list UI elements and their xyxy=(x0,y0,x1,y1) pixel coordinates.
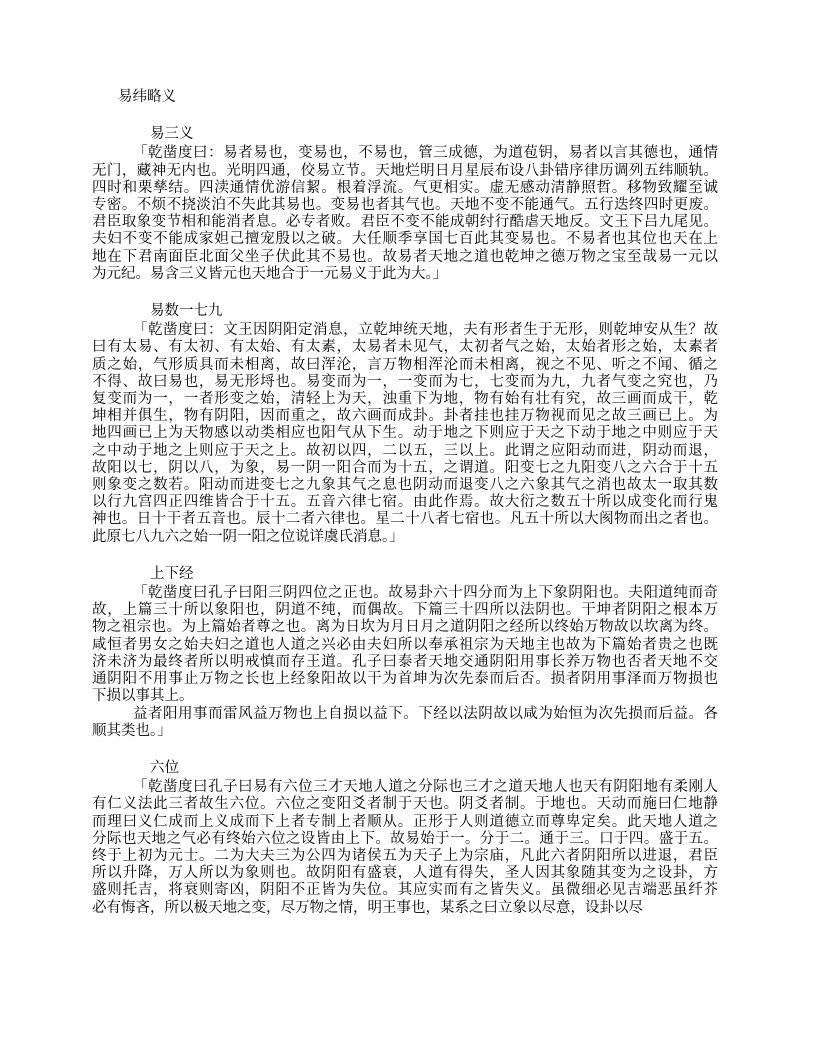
text-line: 复变而为一，一者形变之始，清轻上为天，浊重下为地，物有始有壮有究，故三画而成干，… xyxy=(92,391,718,408)
text-line: 而理曰义仁成而上义成而下上者专制上者顺从。正形于人则道德立而尊卑定矣。此天地人道… xyxy=(92,814,718,831)
text-line: 必有悔吝，所以极天地之变，尽万物之情，明王事也，某系之曰立象以尽意，设卦以尽 xyxy=(92,900,718,917)
text-line: 「乾凿度曰：易者易也，变易也，不易也，管三成德，为道苞钥，易者以言其德也，通情 xyxy=(92,145,718,162)
text-line: 济未济为最终者所以明戒慎而存王道。孔子曰泰者天地交通阴阳用事长养万物也否者天地不… xyxy=(92,654,718,671)
text-line: 益者阳用事而雷风益万物也上自损以益下。下经以法阴故以咸为始恒为次先损而后益。各 xyxy=(92,706,718,723)
text-line: 物之祖宗也。为上篇始者尊之也。离为日坎为月日月之道阴阳之经所以终始万物故以坎离为… xyxy=(92,619,718,636)
paragraph: 「乾凿度曰孔子曰阳三阴四位之正也。故易卦六十四分而为上下象阴阳也。夫阳道纯而奇故… xyxy=(92,585,718,705)
text-line: 坤相并俱生，物有阴阳，因而重之，故六画而成卦。卦者挂也挂万物视而见之故三画已上。… xyxy=(92,408,718,425)
section-heading: 六位 xyxy=(92,760,718,777)
text-line: 有仁义法此三者故生六位。六位之变阳爻者制于天也。阴爻者制。于地也。天动而施曰仁地… xyxy=(92,796,718,813)
text-line: 地在下君南面臣北面父坐子伏此其不易也。故易者天地之道也乾坤之德万物之宝至哉易一元… xyxy=(92,249,718,266)
text-line: 咸恒者男女之始夫妇之道也人道之兴必由夫妇所以奉承祖宗为天地主也故为下篇始者贵之也… xyxy=(92,637,718,654)
text-line: 顺其类也。」 xyxy=(92,723,718,740)
text-line: 「乾凿度曰孔子曰阳三阴四位之正也。故易卦六十四分而为上下象阴阳也。夫阳道纯而奇 xyxy=(92,585,718,602)
section-heading: 易三义 xyxy=(92,126,718,143)
section: 上下经「乾凿度曰孔子曰阳三阴四位之正也。故易卦六十四分而为上下象阴阳也。夫阳道纯… xyxy=(92,566,718,740)
text-line: 「乾凿度曰：文王因阴阳定消息，立乾坤统天地，夫有形者生于无形，则乾坤安从生？故 xyxy=(92,322,718,339)
paragraph: 「乾凿度曰：易者易也，变易也，不易也，管三成德，为道苞钥，易者以言其德也，通情无… xyxy=(92,145,718,283)
paragraph: 「乾凿度曰孔子曰易有六位三才天地人道之分际也三才之道天地人也天有阴阳地有柔刚人有… xyxy=(92,779,718,917)
text-line: 分际也天地之气必有终始六位之设皆由上下。故易始于一。分于二。通于三。口于四。盛于… xyxy=(92,831,718,848)
text-line: 不得、故曰易也，易无形埒也。易变而为一，一变而为七，七变而为九，九者气变之究也，… xyxy=(92,374,718,391)
text-line: 之中动于地之上则应于天之上。故初以四，二以五，三以上。此谓之应阳动而进，阴动而退… xyxy=(92,443,718,460)
paragraph: 「乾凿度曰：文王因阴阳定消息，立乾坤统天地，夫有形者生于无形，则乾坤安从生？故曰… xyxy=(92,322,718,546)
text-line: 曰有太易、有太初、有太始、有太素，太易者未见气，太初者气之始，太始者形之始，太素… xyxy=(92,339,718,356)
section: 六位「乾凿度曰孔子曰易有六位三才天地人道之分际也三才之道天地人也天有阴阳地有柔刚… xyxy=(92,760,718,917)
text-line: 故阳以七，阴以八，为象，易一阴一阳合而为十五，之谓道。阳变七之九阳变八之六合于十… xyxy=(92,460,718,477)
text-line: 专密。不烦不挠淡泊不失此其易也。变易也者其气也。天地不变不能通气。五行迭终四时更… xyxy=(92,197,718,214)
paragraph: 益者阳用事而雷风益万物也上自损以益下。下经以法阴故以咸为始恒为次先损而后益。各顺… xyxy=(92,706,718,740)
text-line: 无门，藏神无内也。光明四通，佼易立节。天地烂明日月星辰布设八卦错序律历调列五纬顺… xyxy=(92,163,718,180)
text-line: 故，上篇三十所以象阳也，阴道不纯，而偶故。下篇三十四所以法阴也。干坤者阴阳之根本… xyxy=(92,602,718,619)
text-line: 以行九宫四正四维皆合于十五。五音六律七宿。由此作焉。故大衍之数五十所以成变化而行… xyxy=(92,494,718,511)
text-line: 质之始，气形质具而未相离，故曰浑沦，言万物相浑沦而未相离，视之不见、听之不闻、循… xyxy=(92,357,718,374)
text-line: 终于上初为元士。二为大夫三为公四为诸侯五为天子上为宗庙，凡此六者阴阳所以进退，君… xyxy=(92,848,718,865)
document-body: 易三义「乾凿度曰：易者易也，变易也，不易也，管三成德，为道苞钥，易者以言其德也，… xyxy=(92,126,718,917)
text-line: 此原七八九六之始一阴一阳之位说详虞氏消息。」 xyxy=(92,529,718,546)
text-line: 通阴阳不用事止万物之长也上经象阳故以干为首坤为次先泰而后否。损者阴用事泽而万物损… xyxy=(92,671,718,688)
document-title: 易纬略义 xyxy=(92,89,718,106)
text-line: 神也。日十干者五音也。辰十二者六律也。星二十八者七宿也。凡五十所以大阂物而出之者… xyxy=(92,511,718,528)
text-line: 下损以事其上。 xyxy=(92,688,718,705)
text-line: 盛则托吉，将衰则寄凶，阴阳不正皆为失位。其应实而有之皆失义。虽微细必见吉端恶虽纤… xyxy=(92,882,718,899)
text-line: 四时和栗孳结。四渎通情优游信絜。根着浮流。气更相实。虚无感动清静照哲。移物致耀至… xyxy=(92,180,718,197)
text-line: 地四画已上为天物感以动类相应也阳气从下生。动于地之下则应于天之下动于地之中则应于… xyxy=(92,425,718,442)
text-line: 「乾凿度曰孔子曰易有六位三才天地人道之分际也三才之道天地人也天有阴阳地有柔刚人 xyxy=(92,779,718,796)
text-line: 夫妇不变不能成家妲己擅宠殷以之破。大任顺季享国七百此其变易也。不易者也其位也天在… xyxy=(92,231,718,248)
text-line: 所以升降，万人所以为象则也。故阴阳有盛衰，人道有得失，圣人因其象随其变为之设卦，… xyxy=(92,865,718,882)
section-heading: 上下经 xyxy=(92,566,718,583)
section: 易数一七九「乾凿度曰：文王因阴阳定消息，立乾坤统天地，夫有形者生于无形，则乾坤安… xyxy=(92,303,718,546)
document-page: 易纬略义 易三义「乾凿度曰：易者易也，变易也，不易也，管三成德，为道苞钥，易者以… xyxy=(0,0,816,1056)
section: 易三义「乾凿度曰：易者易也，变易也，不易也，管三成德，为道苞钥，易者以言其德也，… xyxy=(92,126,718,283)
text-line: 为元纪。易含三义皆元也天地合于一元易义于此为大。」 xyxy=(92,266,718,283)
text-line: 君臣取象变节相和能消者息。必专者败。君臣不变不能成朝纣行酷虐天地反。文王下吕九尾… xyxy=(92,214,718,231)
text-line: 则象变之数若。阳动而进变七之九象其气之息也阴动而退变八之六象其气之消也故太一取其… xyxy=(92,477,718,494)
section-heading: 易数一七九 xyxy=(92,303,718,320)
